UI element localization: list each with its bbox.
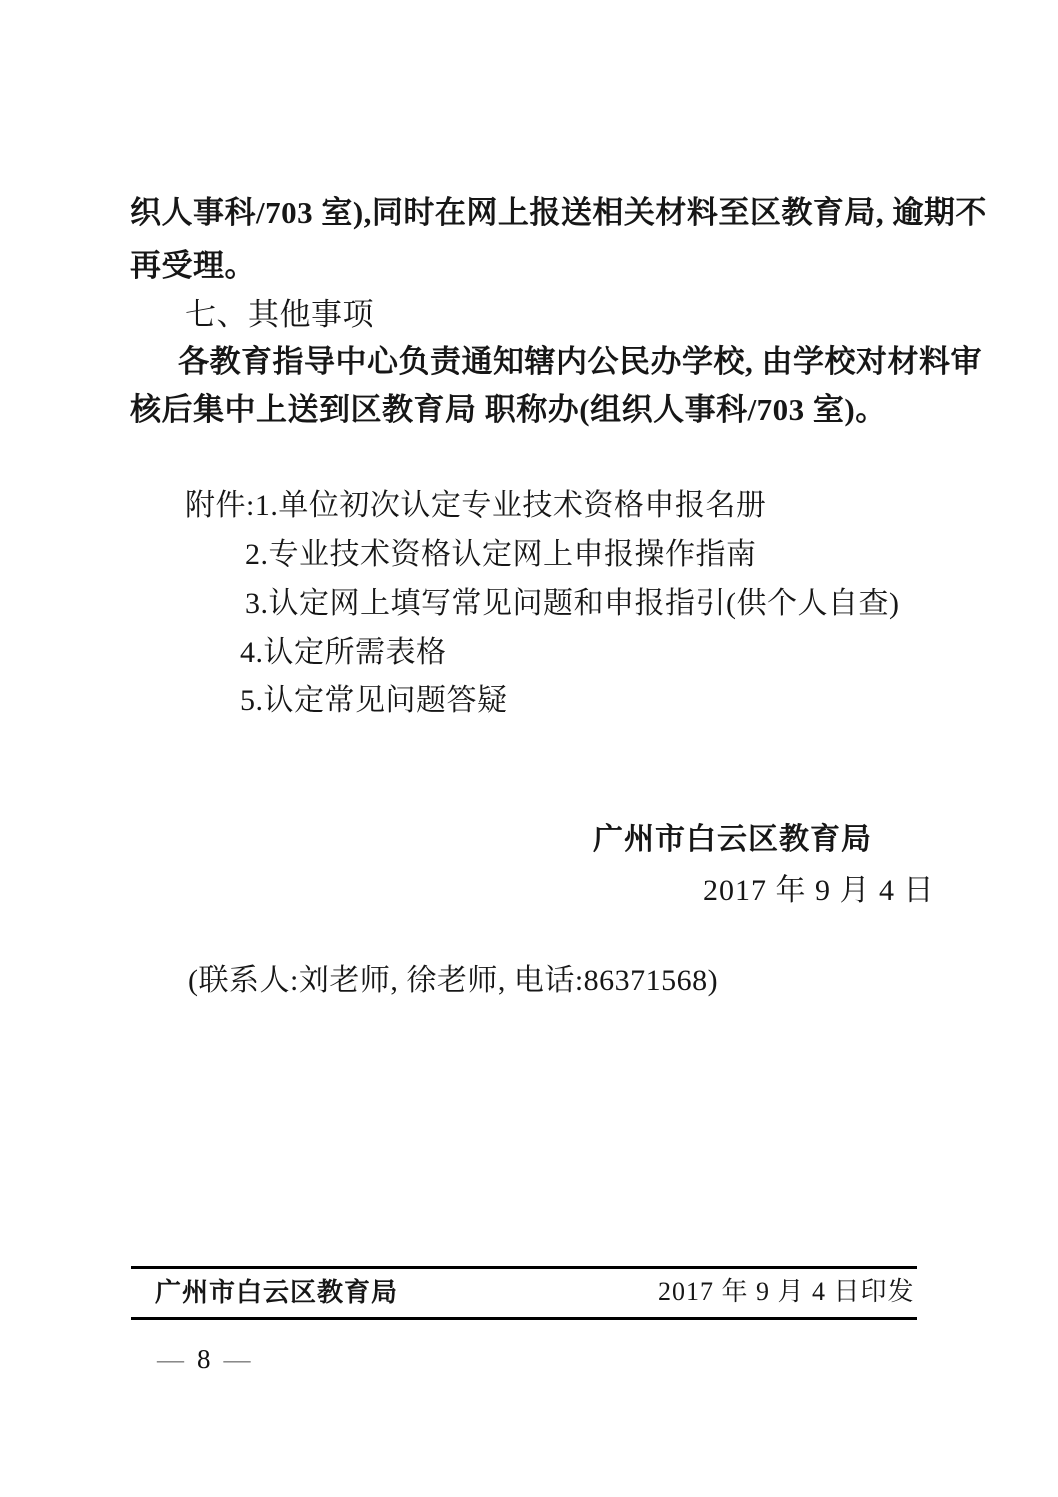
attachment-item: 1.单位初次认定专业技术资格申报名册 [255, 489, 767, 522]
footer-print-date: 2017 年 9 月 4 日印发 [658, 1277, 915, 1308]
page-number-value: 8 [197, 1344, 211, 1375]
attachment-row: 附件:1.单位初次认定专业技术资格申报名册 [185, 488, 766, 523]
attachment-item: 5.认定常见问题答疑 [240, 683, 508, 718]
body-text-line: 核后集中上送到区教育局 职称办(组织人事科/703 室)。 [130, 392, 887, 429]
signature-organization: 广州市白云区教育局 [593, 822, 872, 857]
attachment-item: 3.认定网上填写常见问题和申报指引(供个人自查) [245, 586, 899, 621]
section-heading: 七、其他事项 [185, 297, 374, 334]
attachment-label: 附件: [185, 489, 255, 522]
attachment-item: 4.认定所需表格 [240, 635, 447, 670]
contact-line: (联系人:刘老师, 徐老师, 电话:86371568) [188, 963, 718, 998]
signature-date: 2017 年 9 月 4 日 [703, 873, 935, 908]
footer-rule-bottom [131, 1317, 917, 1320]
footer-issuer: 广州市白云区教育局 [155, 1277, 398, 1308]
page-number-right-dash: — [224, 1344, 251, 1375]
body-text-line: 各教育指导中心负责通知辖内公民办学校, 由学校对材料审 [178, 344, 982, 381]
footer-rule-top [131, 1266, 917, 1269]
attachment-item: 2.专业技术资格认定网上申报操作指南 [245, 537, 757, 572]
body-text-line: 再受理。 [130, 248, 256, 285]
page-number-left-dash: — [157, 1344, 184, 1375]
page-number: — 8 — [157, 1344, 251, 1375]
body-text-line: 织人事科/703 室),同时在网上报送相关材料至区教育局, 逾期不 [130, 195, 987, 232]
document-page: 织人事科/703 室),同时在网上报送相关材料至区教育局, 逾期不 再受理。 七… [0, 0, 1058, 1497]
